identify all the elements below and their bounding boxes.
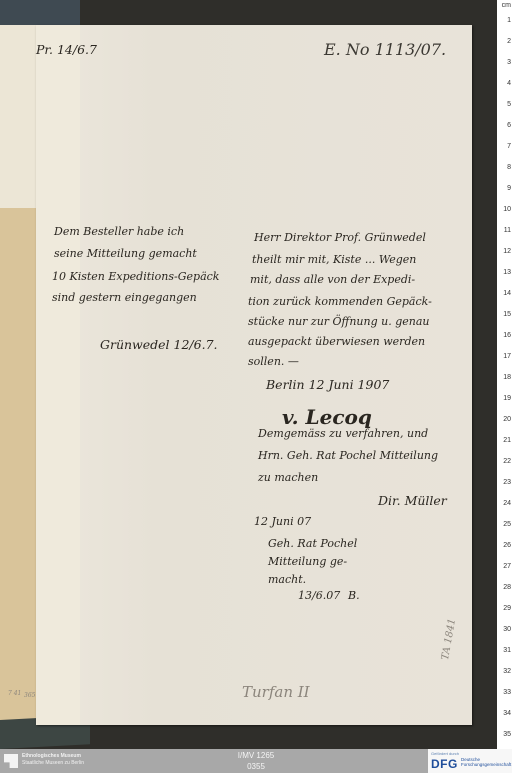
note-line-1: Geh. Rat Pochel [268,537,357,550]
right-line-7: sollen. — [248,355,299,368]
annotation-line-2: Hrn. Geh. Rat Pochel Mitteilung [258,449,438,462]
signature-lecoq: v. Lecoq [282,405,372,429]
ruler-mark: 28 [503,584,511,591]
note-initial: B. [348,589,360,602]
right-line-3: mit, dass alle von der Expedi- [250,273,415,286]
ruler-mark: 16 [503,332,511,339]
margin-mark-1: 7 41 [8,690,21,697]
left-line-3: 10 Kisten Expeditions-Gepäck [52,270,219,283]
left-line-1: Dem Besteller habe ich [54,225,184,238]
ruler-mark: 15 [503,311,511,318]
ruler-mark: 13 [503,269,511,276]
ruler-mark: 2 [507,38,511,45]
centimeter-ruler: cm 1 2 3 4 5 6 7 8 9 10 11 12 13 14 15 1… [497,0,512,749]
ruler-mark: 8 [507,164,511,171]
dfg-credit: Gefördert durch DFG Deutsche Forschungsg… [428,749,512,773]
right-line-1: Herr Direktor Prof. Grünwedel [254,231,426,244]
binder-cover-top [0,0,80,27]
letter-page: Pr. 14/6.7 E. No 1113/07. Dem Besteller … [36,25,472,725]
annotation-line-1: Demgemäss zu verfahren, und [258,427,428,440]
pencil-collection-note: Turfan II [242,683,310,701]
right-line-6: ausgepackt überwiesen werden [248,335,425,348]
ruler-mark: 9 [507,185,511,192]
ruler-mark: 27 [503,563,511,570]
ruler-mark: 25 [503,521,511,528]
ruler-mark: 12 [503,248,511,255]
ruler-mark: 4 [507,80,511,87]
ruler-mark: 6 [507,122,511,129]
document-scan: 7 41 365 Pr. 14/6.7 E. No 1113/07. Dem B… [0,0,512,749]
ruler-mark: 3 [507,59,511,66]
ruler-mark: 31 [503,647,511,654]
annotation-date: 12 Juni 07 [254,515,311,528]
ruler-mark: 11 [504,227,511,234]
ruler-unit-label: cm [502,2,511,9]
ruler-mark: 14 [503,290,511,297]
ruler-mark: 22 [503,458,511,465]
annotation-signature: Dir. Müller [378,493,447,508]
pencil-vertical-number: TA 1841 [440,618,458,661]
note-line-2: Mitteilung ge- [268,555,347,568]
ruler-mark: 30 [503,626,511,633]
page-edge-strip [36,25,80,725]
note-date: 13/6.07 [298,589,340,602]
ruler-mark: 26 [503,542,511,549]
right-line-5: stücke nur zur Öffnung u. genau [248,315,430,328]
ruler-mark: 5 [507,101,511,108]
dfg-logo: DFG [431,757,458,771]
header-left-note: Pr. 14/6.7 [36,42,97,57]
margin-mark-2: 365 [24,692,35,699]
folded-tan-sheet [0,208,36,723]
note-line-3: macht. [268,573,306,586]
annotation-line-3: zu machen [258,471,318,484]
ruler-mark: 7 [507,143,511,150]
ruler-mark: 33 [503,689,511,696]
ruler-mark: 10 [503,206,511,213]
ruler-mark: 23 [503,479,511,486]
ruler-mark: 35 [503,731,511,738]
header-register-number: E. No 1113/07. [324,40,446,59]
ruler-mark: 32 [503,668,511,675]
left-line-2: seine Mitteilung gemacht [54,247,197,260]
ruler-mark: 17 [503,353,511,360]
dfg-full-name: Deutsche Forschungsgemeinschaft [461,757,511,767]
ruler-mark: 20 [503,416,511,423]
ruler-mark: 24 [503,500,511,507]
right-line-4: tion zurück kommenden Gepäck- [248,295,432,308]
ruler-mark: 18 [503,374,511,381]
left-signature: Grünwedel 12/6.7. [100,337,218,352]
ruler-mark: 29 [503,605,511,612]
funded-by-label: Gefördert durch [431,751,459,756]
place-date: Berlin 12 Juni 1907 [266,377,389,392]
ruler-mark: 1 [507,17,511,24]
ruler-mark: 21 [503,437,511,444]
ruler-mark: 19 [503,395,511,402]
right-line-2: theilt mir mit, Kiste ... Wegen [252,253,416,266]
dfg-name-line-2: Forschungsgemeinschaft [461,762,511,767]
left-line-4: sind gestern eingegangen [52,291,197,304]
ruler-mark: 34 [503,710,511,717]
